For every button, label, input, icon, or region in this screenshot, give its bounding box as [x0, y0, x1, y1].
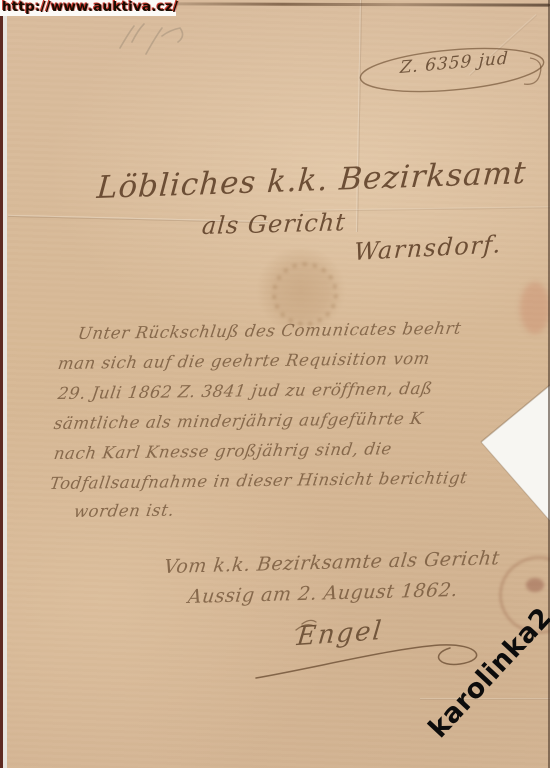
red-stamp-smudge: [520, 282, 550, 334]
letter-scan-root: Z. 6359 jud Löbliches k.k. Bezirksamt al…: [0, 0, 550, 768]
scan-left-maroon-line: [0, 12, 3, 768]
url-watermark-background: http://www.auktiva.cz/: [0, 0, 176, 16]
signature-flourish: [244, 612, 506, 692]
letter-paper: Z. 6359 jud Löbliches k.k. Bezirksamt al…: [2, 0, 550, 768]
postmark-bleedthrough-ring: [272, 262, 338, 326]
arrival-postmark-ink-dot: [526, 578, 544, 592]
pencil-scribble: [102, 8, 212, 68]
url-watermark: http://www.auktiva.cz/: [2, 0, 178, 15]
body-line: worden ist.: [73, 501, 176, 521]
recipient-line-2: als Gericht: [201, 208, 347, 240]
paper-notch-cutout: [478, 383, 550, 523]
